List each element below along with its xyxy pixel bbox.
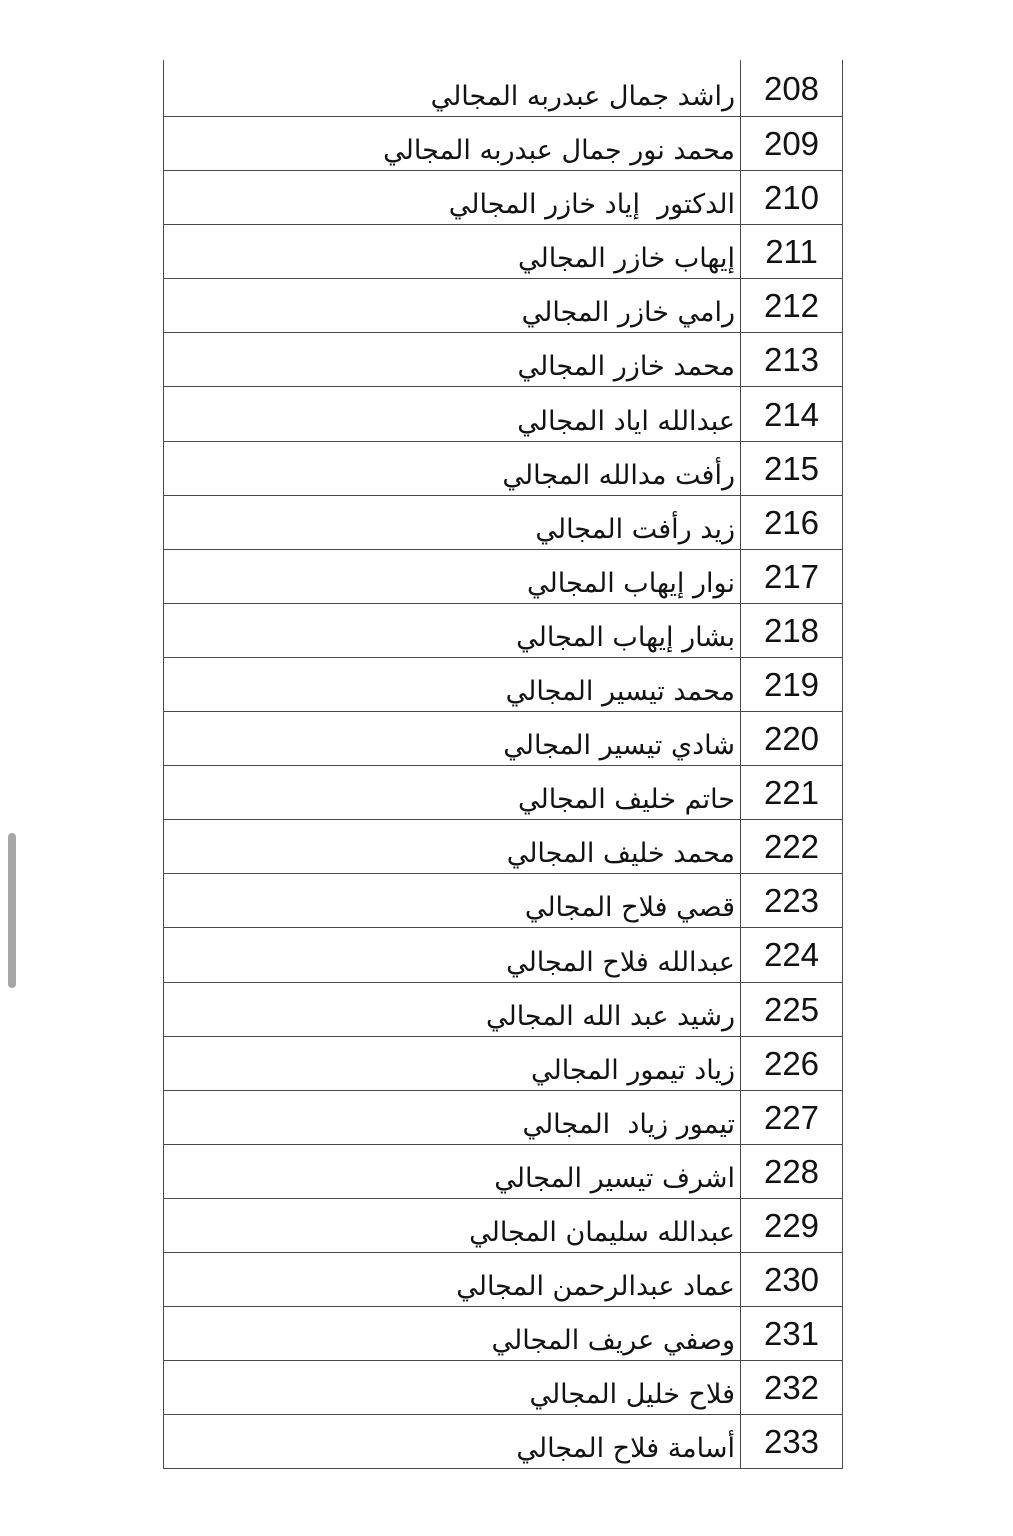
table-row: محمد نور جمال عبدربه المجالي 209: [164, 117, 843, 171]
name-cell: نوار إيهاب المجالي: [164, 550, 741, 604]
scrollbar-thumb[interactable]: [8, 833, 16, 988]
number-cell: 225: [741, 983, 843, 1037]
table-row: نوار إيهاب المجالي 217: [164, 550, 843, 604]
table-row: محمد خليف المجالي 222: [164, 820, 843, 874]
table-row: زياد تيمور المجالي 226: [164, 1037, 843, 1091]
name-cell: محمد خازر المجالي: [164, 333, 741, 387]
table-row: قصي فلاح المجالي 223: [164, 874, 843, 928]
name-cell: زيد رأفت المجالي: [164, 496, 741, 550]
name-cell: شادي تيسير المجالي: [164, 712, 741, 766]
number-cell: 218: [741, 604, 843, 658]
table-row: شادي تيسير المجالي 220: [164, 712, 843, 766]
number-cell: 217: [741, 550, 843, 604]
name-cell: رأفت مدالله المجالي: [164, 442, 741, 496]
table-row: عبدالله فلاح المجالي 224: [164, 928, 843, 982]
name-cell: قصي فلاح المجالي: [164, 874, 741, 928]
document-page: راشد جمال عبدربه المجالي 208 محمد نور جم…: [0, 0, 1013, 1536]
name-cell: محمد نور جمال عبدربه المجالي: [164, 117, 741, 171]
names-table: راشد جمال عبدربه المجالي 208 محمد نور جم…: [163, 60, 843, 1469]
name-cell: محمد خليف المجالي: [164, 820, 741, 874]
number-cell: 226: [741, 1037, 843, 1091]
name-cell: رامي خازر المجالي: [164, 279, 741, 333]
number-cell: 223: [741, 874, 843, 928]
table-row: اشرف تيسير المجالي 228: [164, 1145, 843, 1199]
number-cell: 224: [741, 928, 843, 982]
table-row: حاتم خليف المجالي 221: [164, 766, 843, 820]
name-cell: راشد جمال عبدربه المجالي: [164, 60, 741, 117]
number-cell: 220: [741, 712, 843, 766]
name-cell: تيمور زياد المجالي: [164, 1091, 741, 1145]
table-row: أسامة فلاح المجالي 233: [164, 1415, 843, 1469]
name-cell: محمد تيسير المجالي: [164, 658, 741, 712]
number-cell: 219: [741, 658, 843, 712]
number-cell: 227: [741, 1091, 843, 1145]
name-cell: فلاح خليل المجالي: [164, 1361, 741, 1415]
number-cell: 230: [741, 1253, 843, 1307]
table-row: محمد خازر المجالي 213: [164, 333, 843, 387]
number-cell: 213: [741, 333, 843, 387]
name-cell: اشرف تيسير المجالي: [164, 1145, 741, 1199]
table-row: راشد جمال عبدربه المجالي 208: [164, 60, 843, 117]
name-cell: بشار إيهاب المجالي: [164, 604, 741, 658]
number-cell: 229: [741, 1199, 843, 1253]
table-row: بشار إيهاب المجالي 218: [164, 604, 843, 658]
table-row: محمد تيسير المجالي 219: [164, 658, 843, 712]
name-cell: إيهاب خازر المجالي: [164, 225, 741, 279]
table-row: زيد رأفت المجالي 216: [164, 496, 843, 550]
number-cell: 211: [741, 225, 843, 279]
name-cell: الدكتور إياد خازر المجالي: [164, 171, 741, 225]
name-cell: وصفي عريف المجالي: [164, 1307, 741, 1361]
name-cell: عماد عبدالرحمن المجالي: [164, 1253, 741, 1307]
name-cell: عبدالله سليمان المجالي: [164, 1199, 741, 1253]
number-cell: 215: [741, 442, 843, 496]
table-row: رشيد عبد الله المجالي 225: [164, 983, 843, 1037]
table-row: وصفي عريف المجالي 231: [164, 1307, 843, 1361]
table-row: عبدالله اياد المجالي 214: [164, 387, 843, 441]
name-cell: أسامة فلاح المجالي: [164, 1415, 741, 1469]
name-cell: زياد تيمور المجالي: [164, 1037, 741, 1091]
number-cell: 209: [741, 117, 843, 171]
name-cell: عبدالله فلاح المجالي: [164, 928, 741, 982]
table-row: عماد عبدالرحمن المجالي 230: [164, 1253, 843, 1307]
number-cell: 231: [741, 1307, 843, 1361]
number-cell: 233: [741, 1415, 843, 1469]
table-row: عبدالله سليمان المجالي 229: [164, 1199, 843, 1253]
number-cell: 221: [741, 766, 843, 820]
name-cell: حاتم خليف المجالي: [164, 766, 741, 820]
table-row: الدكتور إياد خازر المجالي 210: [164, 171, 843, 225]
number-cell: 216: [741, 496, 843, 550]
name-cell: رشيد عبد الله المجالي: [164, 983, 741, 1037]
number-cell: 208: [741, 60, 843, 117]
table-row: رامي خازر المجالي 212: [164, 279, 843, 333]
number-cell: 228: [741, 1145, 843, 1199]
number-cell: 232: [741, 1361, 843, 1415]
name-cell: عبدالله اياد المجالي: [164, 387, 741, 441]
table-row: فلاح خليل المجالي 232: [164, 1361, 843, 1415]
table-row: إيهاب خازر المجالي 211: [164, 225, 843, 279]
number-cell: 212: [741, 279, 843, 333]
number-cell: 222: [741, 820, 843, 874]
number-cell: 214: [741, 387, 843, 441]
number-cell: 210: [741, 171, 843, 225]
table-row: رأفت مدالله المجالي 215: [164, 442, 843, 496]
table-row: تيمور زياد المجالي 227: [164, 1091, 843, 1145]
